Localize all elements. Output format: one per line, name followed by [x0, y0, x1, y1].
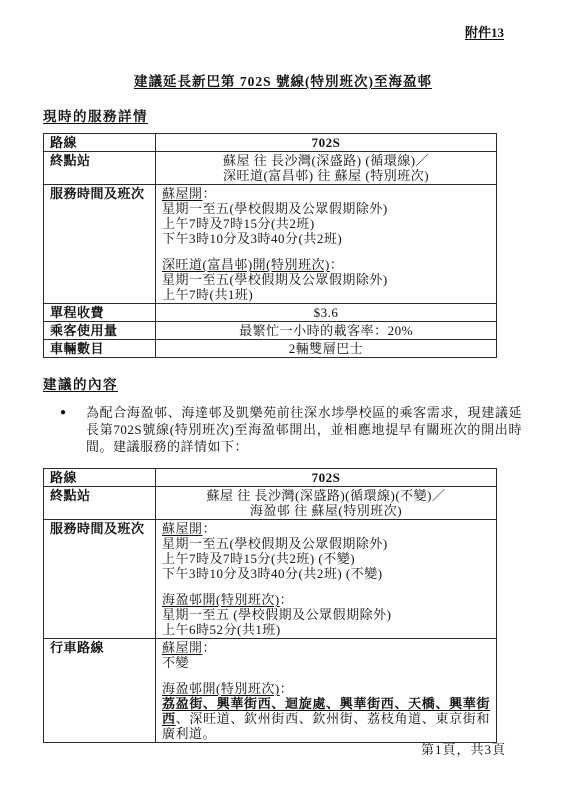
table-row-route: 路線 702S [44, 134, 497, 152]
table-row-patronage: 乘客使用量 最繁忙一小時的載客率：20% [44, 322, 497, 340]
row-value-route: 702S [156, 469, 497, 487]
service-line: 星期一至五 (學校假期及公眾假期除外) [162, 607, 490, 622]
service-line: 上午7時(共1班) [162, 287, 490, 302]
blank-line [162, 670, 490, 681]
row-label-route: 路線 [44, 469, 156, 487]
routing-streets-unchanged: 、深旺道、欽州街西、欽州街、荔枝角道、東京街和廣利道。 [162, 711, 490, 741]
service-group-title: 蘇屋開： [162, 186, 490, 201]
table-row-fare: 單程收費 $3.6 [44, 304, 497, 322]
row-value-fleet: 2輛雙層巴士 [156, 340, 497, 358]
termini-line: 蘇屋 往 長沙灣(深盛路) (循環線)／ [162, 153, 490, 168]
service-group-title: 海盈邨開(特別班次)： [162, 592, 490, 607]
routing-group-title: 海盈邨開(特別班次)： [162, 681, 490, 696]
table-row-termini: 終點站 蘇屋 往 長沙灣(深盛路) (循環線)／ 深旺道(富昌邨) 往 蘇屋 (… [44, 152, 497, 185]
table-row-termini: 終點站 蘇屋 往 長沙灣(深盛路)(循環線)(不變)／ 海盈邨 往 蘇屋(特別班… [44, 487, 497, 520]
current-service-table: 路線 702S 終點站 蘇屋 往 長沙灣(深盛路) (循環線)／ 深旺道(富昌邨… [43, 133, 497, 358]
row-label-fleet: 車輛數目 [44, 340, 156, 358]
row-value-termini: 蘇屋 往 長沙灣(深盛路) (循環線)／ 深旺道(富昌邨) 往 蘇屋 (特別班次… [156, 152, 497, 185]
service-line: 上午7時及7時15分(共2班) [162, 216, 490, 231]
service-line: 星期一至五(學校假期及公眾假期除外) [162, 201, 490, 216]
row-label-service: 服務時間及班次 [44, 520, 156, 639]
section-heading-current-service: 現時的服務詳情 [43, 105, 566, 125]
service-line: 星期一至五(學校假期及公眾假期除外) [162, 272, 490, 287]
routing-streets: 荔盈街、興華街西、迴旋處、興華街西、天橋、興華街西、深旺道、欽州街西、欽州街、荔… [162, 696, 490, 741]
attachment-label: 附件13 [465, 22, 504, 41]
section-heading-proposal: 建議的內容 [43, 373, 566, 393]
table-row-route: 路線 702S [44, 469, 497, 487]
termini-line: 蘇屋 往 長沙灣(深盛路)(循環線)(不變)／ [162, 488, 490, 503]
table-row-service: 服務時間及班次 蘇屋開： 星期一至五(學校假期及公眾假期除外) 上午7時及7時1… [44, 185, 497, 304]
proposal-bullet-item: ● 為配合海盈邨、海達邨及凱樂苑前往深水埗學校區的乘客需求，現建議延長第702S… [60, 404, 522, 455]
row-value-service: 蘇屋開： 星期一至五(學校假期及公眾假期除外) 上午7時及7時15分(共2班) … [156, 185, 497, 304]
service-line: 上午6時52分(共1班) [162, 622, 490, 637]
routing-group-title: 蘇屋開： [162, 640, 490, 655]
page-number: 第1頁，共3頁 [421, 739, 506, 758]
table-row-routing: 行車路線 蘇屋開： 不變 海盈邨開(特別班次)： 荔盈街、興華街西、迴旋處、興華… [44, 639, 497, 743]
service-line: 下午3時10分及3時40分(共2班) [162, 231, 490, 246]
row-value-fare: $3.6 [156, 304, 497, 322]
table-row-fleet: 車輛數目 2輛雙層巴士 [44, 340, 497, 358]
termini-line: 深旺道(富昌邨) 往 蘇屋 (特別班次) [162, 168, 490, 183]
row-label-route: 路線 [44, 134, 156, 152]
service-line: 上午7時及7時15分(共2班) (不變) [162, 551, 490, 566]
row-value-routing: 蘇屋開： 不變 海盈邨開(特別班次)： 荔盈街、興華街西、迴旋處、興華街西、天橋… [156, 639, 497, 743]
document-page: 附件13 建議延長新巴第 702S 號線(特別班次)至海盈邨 現時的服務詳情 路… [0, 0, 566, 800]
row-label-service: 服務時間及班次 [44, 185, 156, 304]
row-value-service: 蘇屋開： 星期一至五(學校假期及公眾假期除外) 上午7時及7時15分(共2班) … [156, 520, 497, 639]
bullet-icon: ● [60, 404, 86, 455]
proposed-service-table: 路線 702S 終點站 蘇屋 往 長沙灣(深盛路)(循環線)(不變)／ 海盈邨 … [43, 468, 497, 743]
document-title: 建議延長新巴第 702S 號線(特別班次)至海盈邨 [0, 0, 566, 90]
termini-line: 海盈邨 往 蘇屋(特別班次) [162, 503, 490, 518]
row-value-patronage: 最繁忙一小時的載客率：20% [156, 322, 497, 340]
row-value-route: 702S [156, 134, 497, 152]
blank-line [162, 246, 490, 257]
routing-line: 不變 [162, 655, 490, 670]
blank-line [162, 581, 490, 592]
table-row-service: 服務時間及班次 蘇屋開： 星期一至五(學校假期及公眾假期除外) 上午7時及7時1… [44, 520, 497, 639]
document-title-text: 建議延長新巴第 702S 號線(特別班次)至海盈邨 [134, 74, 432, 89]
proposal-bullet-text: 為配合海盈邨、海達邨及凱樂苑前往深水埗學校區的乘客需求，現建議延長第702S號線… [86, 404, 522, 455]
service-group-title: 深旺道(富昌邨)開(特別班次)： [162, 257, 490, 272]
row-label-fare: 單程收費 [44, 304, 156, 322]
service-group-title: 蘇屋開： [162, 521, 490, 536]
row-label-termini: 終點站 [44, 487, 156, 520]
row-label-termini: 終點站 [44, 152, 156, 185]
service-line: 下午3時10分及3時40分(共2班) (不變) [162, 566, 490, 581]
row-label-patronage: 乘客使用量 [44, 322, 156, 340]
service-line: 星期一至五(學校假期及公眾假期除外) [162, 536, 490, 551]
row-label-routing: 行車路線 [44, 639, 156, 743]
row-value-termini: 蘇屋 往 長沙灣(深盛路)(循環線)(不變)／ 海盈邨 往 蘇屋(特別班次) [156, 487, 497, 520]
